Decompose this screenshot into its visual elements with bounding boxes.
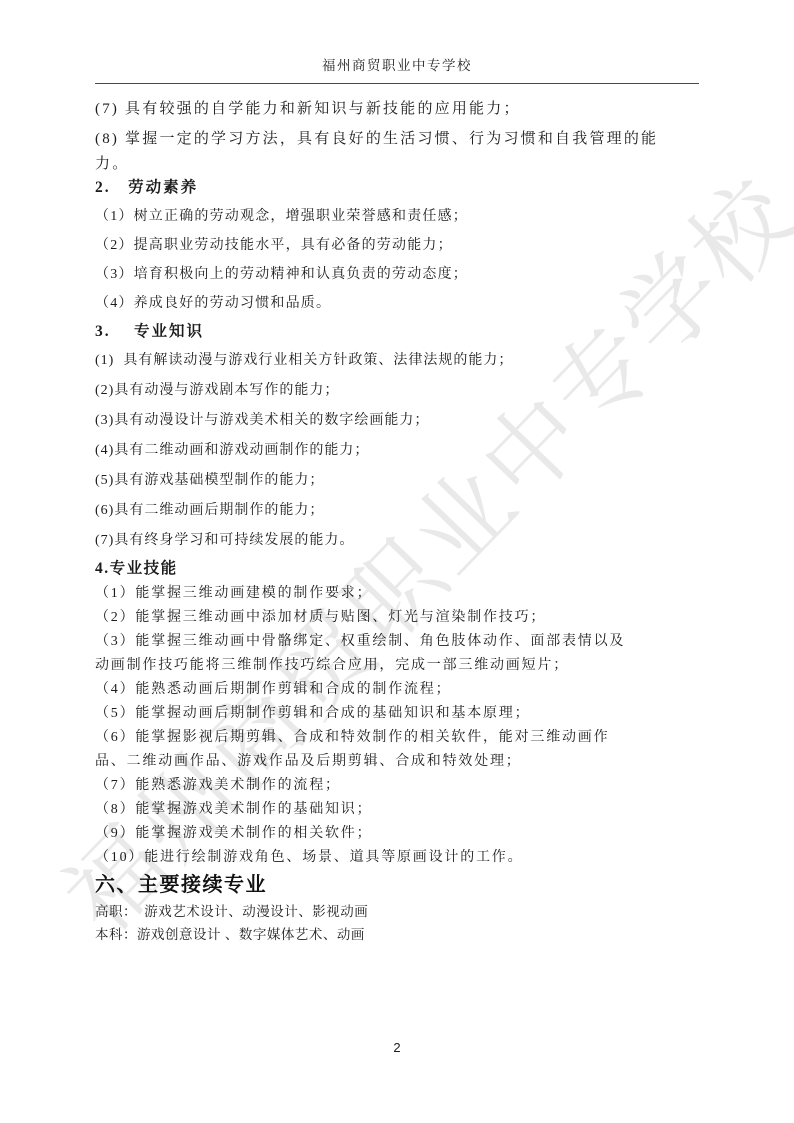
paragraph-line: 3. 专业知识 [95, 318, 699, 346]
paragraph-line: 品、二维动画作品、游戏作品及后期剪辑、合成和特效处理； [95, 750, 699, 774]
paragraph-line: (2)具有动漫与游戏剧本写作的能力； [95, 376, 699, 406]
paragraph-line: (1) 具有解读动漫与游戏行业相关方针政策、法律法规的能力； [95, 346, 699, 376]
document-page: 福州商贸职业中专学校 福州商贸职业中专学校 (7) 具有较强的自学能力和新知识与… [0, 0, 794, 1123]
paragraph-line: (6)具有二维动画后期制作的能力； [95, 496, 699, 526]
paragraph-line: 本科：游戏创意设计 、数字媒体艺术、动画 [95, 923, 699, 946]
paragraph-line: (8) 掌握一定的学习方法，具有良好的生活习惯、行为习惯和自我管理的能 [95, 124, 699, 154]
paragraph-line: （1）树立正确的劳动观念，增强职业荣誉感和责任感； [95, 202, 699, 231]
paragraph-line: （2）能掌握三维动画中添加材质与贴图、灯光与渲染制作技巧； [95, 606, 699, 630]
paragraph-line: （1）能掌握三维动画建模的制作要求； [95, 582, 699, 606]
page-header: 福州商贸职业中专学校 [95, 54, 699, 84]
page-number: 2 [393, 1040, 400, 1055]
paragraph-line: (7) 具有较强的自学能力和新知识与新技能的应用能力； [95, 94, 699, 124]
paragraph-line: (7)具有终身学习和可持续发展的能力。 [95, 526, 699, 556]
paragraph-line: 动画制作技巧能将三维制作技巧综合应用，完成一部三维动画短片； [95, 654, 699, 678]
paragraph-line: （10）能进行绘制游戏角色、场景、道具等原画设计的工作。 [95, 846, 699, 870]
section-heading-continuing-majors: 六、主要接续专业 [95, 870, 699, 900]
paragraph-line: （8）能掌握游戏美术制作的基础知识； [95, 798, 699, 822]
paragraph-line: （2）提高职业劳动技能水平，具有必备的劳动能力； [95, 231, 699, 260]
page-footer: 2 [0, 1040, 794, 1055]
paragraph-line: （3）培育积极向上的劳动精神和认真负责的劳动态度； [95, 260, 699, 289]
paragraph-line: （9）能掌握游戏美术制作的相关软件； [95, 822, 699, 846]
paragraph-line: 2. 劳动素养 [95, 174, 699, 202]
paragraph-line: （4）能熟悉动画后期制作剪辑和合成的制作流程； [95, 678, 699, 702]
paragraph-line: (4)具有二维动画和游戏动画制作的能力； [95, 436, 699, 466]
paragraph-line: (5)具有游戏基础模型制作的能力； [95, 466, 699, 496]
paragraph-line: (3)具有动漫设计与游戏美术相关的数字绘画能力； [95, 406, 699, 436]
paragraph-line: （3）能掌握三维动画中骨骼绑定、权重绘制、角色肢体动作、面部表情以及 [95, 630, 699, 654]
paragraph-line: 力。 [95, 154, 699, 174]
paragraph-line: （4）养成良好的劳动习惯和品质。 [95, 289, 699, 318]
document-body: (7) 具有较强的自学能力和新知识与新技能的应用能力；(8) 掌握一定的学习方法… [95, 94, 699, 946]
paragraph-line: 高职： 游戏艺术设计、动漫设计、影视动画 [95, 900, 699, 923]
paragraph-line: （5）能掌握动画后期制作剪辑和合成的基础知识和基本原理； [95, 702, 699, 726]
paragraph-line: （6）能掌握影视后期剪辑、合成和特效制作的相关软件，能对三维动画作 [95, 726, 699, 750]
header-school-name: 福州商贸职业中专学校 [322, 58, 472, 73]
paragraph-line: 4.专业技能 [95, 556, 699, 582]
paragraph-line: （7）能熟悉游戏美术制作的流程； [95, 774, 699, 798]
